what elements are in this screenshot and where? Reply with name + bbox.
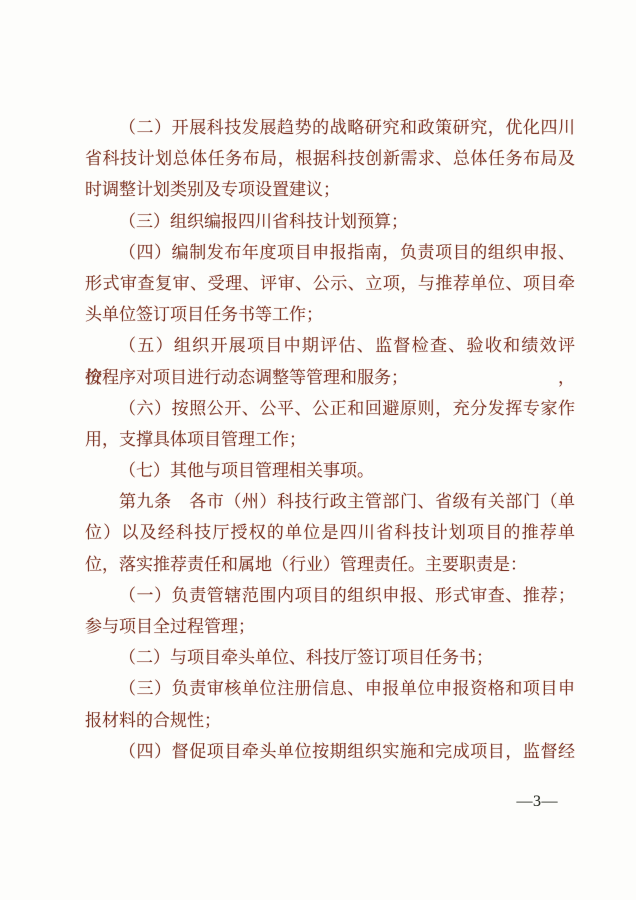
text-line: 用，支撑具体项目管理工作； [85,424,575,455]
text-line: （四）督促项目牵头单位按期组织实施和完成项目，监督经 [85,736,575,767]
text-line: （二）开展科技发展趋势的战略研究和政策研究，优化四川 [85,112,575,143]
text-line: （三）组织编报四川省科技计划预算； [85,206,575,237]
text-line: （七）其他与项目管理相关事项。 [85,455,575,486]
text-line: 参与项目全过程管理； [85,611,575,642]
text-line: 第九条 各市（州）科技行政主管部门、省级有关部门（单 [85,486,575,517]
text-line: （一）负责管辖范围内项目的组织申报、形式审查、推荐； [85,580,575,611]
text-line: 头单位签订项目任务书等工作； [85,299,575,330]
text-line: 省科技计划总体任务布局，根据科技创新需求、总体任务布局及 [85,143,575,174]
page-number: —3— [517,792,559,812]
text-line: （二）与项目牵头单位、科技厅签订项目任务书； [85,642,575,673]
text-line: 报材料的合规性； [85,705,575,736]
text-line: （三）负责审核单位注册信息、申报单位申报资格和项目申 [85,673,575,704]
text-line: （六）按照公开、公平、公正和回避原则，充分发挥专家作 [85,393,575,424]
text-line: 时调整计划类别及专项设置建议； [85,174,575,205]
text-line: （五）组织开展项目中期评估、监督检查、验收和绩效评价， [85,330,575,361]
document-body: （二）开展科技发展趋势的战略研究和政策研究，优化四川 省科技计划总体任务布局，根… [85,112,575,767]
text-line: 位，落实推荐责任和属地（行业）管理责任。主要职责是： [85,549,575,580]
text-line: （四）编制发布年度项目申报指南，负责项目的组织申报、 [85,237,575,268]
text-line: 位）以及经科技厅授权的单位是四川省科技计划项目的推荐单 [85,517,575,548]
document-page: （二）开展科技发展趋势的战略研究和政策研究，优化四川 省科技计划总体任务布局，根… [0,0,636,900]
text-line: 形式审查复审、受理、评审、公示、立项，与推荐单位、项目牵 [85,268,575,299]
